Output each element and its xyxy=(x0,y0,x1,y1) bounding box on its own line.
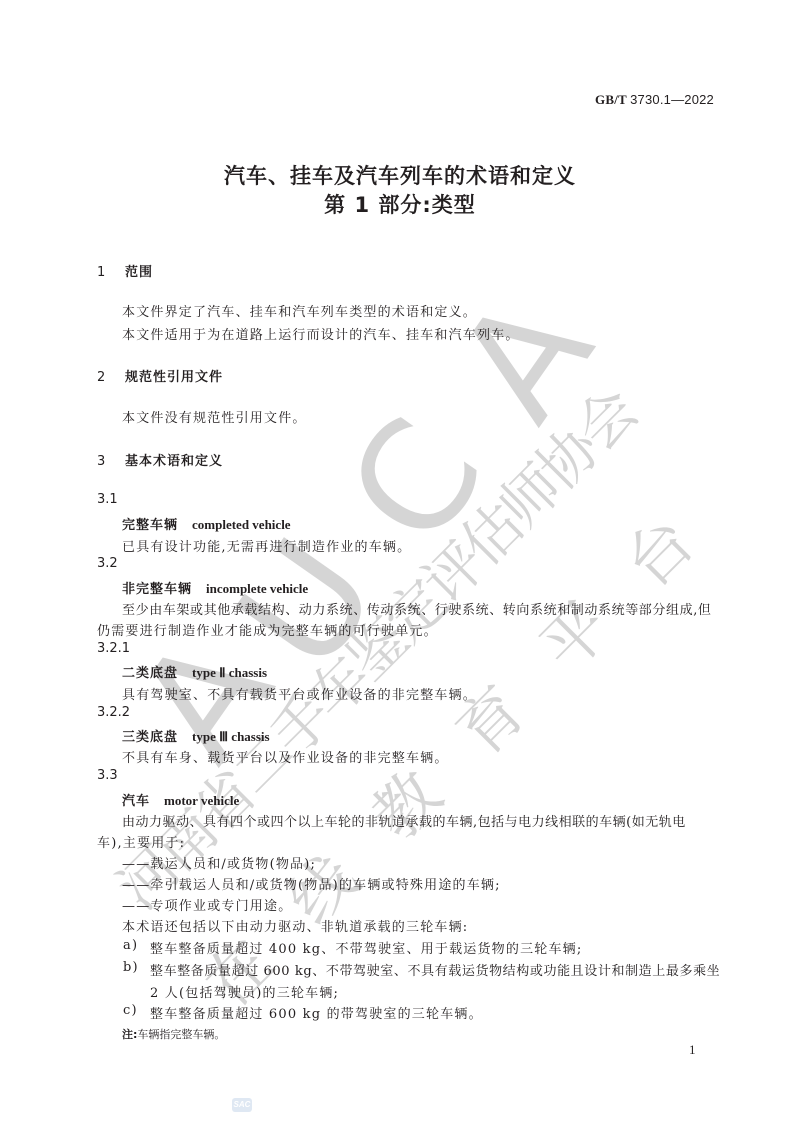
list-marker: b) xyxy=(123,960,139,975)
standard-code-prefix: GB/T xyxy=(595,92,627,107)
term-heading: 非完整车辆incomplete vehicle xyxy=(122,578,308,597)
section-number: 1 xyxy=(97,265,125,280)
section-number: 3 xyxy=(97,454,125,469)
dash-item: ——专项作业或专门用途。 xyxy=(122,895,292,914)
list-item: 整车整备质量超过 600 kg、不带驾驶室、不具有载运货物结构或功能且设计和制造… xyxy=(150,960,720,979)
note-label: 注: xyxy=(122,1028,137,1041)
paragraph: 本术语还包括以下由动力驱动、非轨道承载的三轮车辆: xyxy=(122,916,468,935)
note: 注:车辆指完整车辆。 xyxy=(122,1026,225,1042)
dash-item: ——牵引载运人员和/或货物(物品)的车辆或特殊用途的车辆; xyxy=(122,874,501,893)
title-line-2: 第 1 部分:类型 xyxy=(0,191,800,220)
term-definition: 具有驾驶室、不具有载货平台或作业设备的非完整车辆。 xyxy=(122,684,477,703)
standard-code: GB/T 3730.1—2022 xyxy=(595,92,714,108)
section-heading-3: 3基本术语和定义 xyxy=(97,450,223,469)
term-zh: 完整车辆 xyxy=(122,518,178,533)
term-zh: 汽车 xyxy=(122,794,150,809)
section-number: 2 xyxy=(97,370,125,385)
section-heading-1: 1范围 xyxy=(97,261,153,280)
term-zh: 非完整车辆 xyxy=(122,582,192,597)
dash-item: ——载运人员和/或货物(物品); xyxy=(122,853,316,872)
term-definition-cont: 车),主要用于: xyxy=(97,832,185,851)
term-definition: 已具有设计功能,无需再进行制造作业的车辆。 xyxy=(122,536,411,555)
title-line-1: 汽车、挂车及汽车列车的术语和定义 xyxy=(0,162,800,191)
term-heading: 汽车motor vehicle xyxy=(122,790,239,809)
term-en: type Ⅱ chassis xyxy=(192,665,267,680)
clause-number: 3.2 xyxy=(97,556,118,571)
term-heading: 三类底盘type Ⅲ chassis xyxy=(122,726,270,745)
watermark-letter-a2: A xyxy=(425,266,626,450)
document-title: 汽车、挂车及汽车列车的术语和定义 第 1 部分:类型 xyxy=(0,162,800,220)
standard-code-number: 3730.1—2022 xyxy=(630,92,714,107)
term-en: type Ⅲ chassis xyxy=(192,729,270,744)
clause-number: 3.2.2 xyxy=(97,705,130,720)
list-item: 整车整备质量超过 400 kg、不带驾驶室、用于载运货物的三轮车辆; xyxy=(150,938,582,957)
list-marker: c) xyxy=(123,1003,138,1018)
list-item-cont: 2 人(包括驾驶员)的三轮车辆; xyxy=(150,982,339,1001)
term-en: motor vehicle xyxy=(164,793,239,808)
list-marker: a) xyxy=(123,938,138,953)
section-title: 基本术语和定义 xyxy=(125,454,223,469)
document-page: A U C A 河南省二手车鉴定评估师协会 在线教育平台 GB/T 3730.1… xyxy=(0,0,800,1131)
term-en: completed vehicle xyxy=(192,517,291,532)
paragraph: 本文件界定了汽车、挂车和汽车列车类型的术语和定义。 xyxy=(122,301,477,320)
paragraph: 本文件没有规范性引用文件。 xyxy=(122,407,307,426)
term-zh: 三类底盘 xyxy=(122,730,178,745)
term-definition: 不具有车身、载货平台以及作业设备的非完整车辆。 xyxy=(122,747,449,766)
sac-logo-icon: SAC xyxy=(232,1098,252,1112)
term-definition: 至少由车架或其他承载结构、动力系统、传动系统、行驶系统、转向系统和制动系统等部分… xyxy=(122,599,712,618)
paragraph: 本文件适用于为在道路上运行而设计的汽车、挂车和汽车列车。 xyxy=(122,324,520,343)
section-title: 规范性引用文件 xyxy=(125,370,223,385)
page-number: 1 xyxy=(689,1042,696,1058)
term-definition: 由动力驱动、具有四个或四个以上车轮的非轨道承载的车辆,包括与电力线相联的车辆(如… xyxy=(122,811,686,830)
list-item: 整车整备质量超过 600 kg 的带驾驶室的三轮车辆。 xyxy=(150,1003,483,1022)
term-heading: 完整车辆completed vehicle xyxy=(122,514,291,533)
term-definition-cont: 仍需要进行制造作业才能成为完整车辆的可行驶单元。 xyxy=(97,620,438,639)
term-en: incomplete vehicle xyxy=(206,581,308,596)
section-title: 范围 xyxy=(125,265,153,280)
clause-number: 3.1 xyxy=(97,492,118,507)
term-zh: 二类底盘 xyxy=(122,666,178,681)
note-text: 车辆指完整车辆。 xyxy=(137,1028,225,1041)
section-heading-2: 2规范性引用文件 xyxy=(97,366,223,385)
term-heading: 二类底盘type Ⅱ chassis xyxy=(122,662,267,681)
clause-number: 3.2.1 xyxy=(97,641,130,656)
clause-number: 3.3 xyxy=(97,768,118,783)
